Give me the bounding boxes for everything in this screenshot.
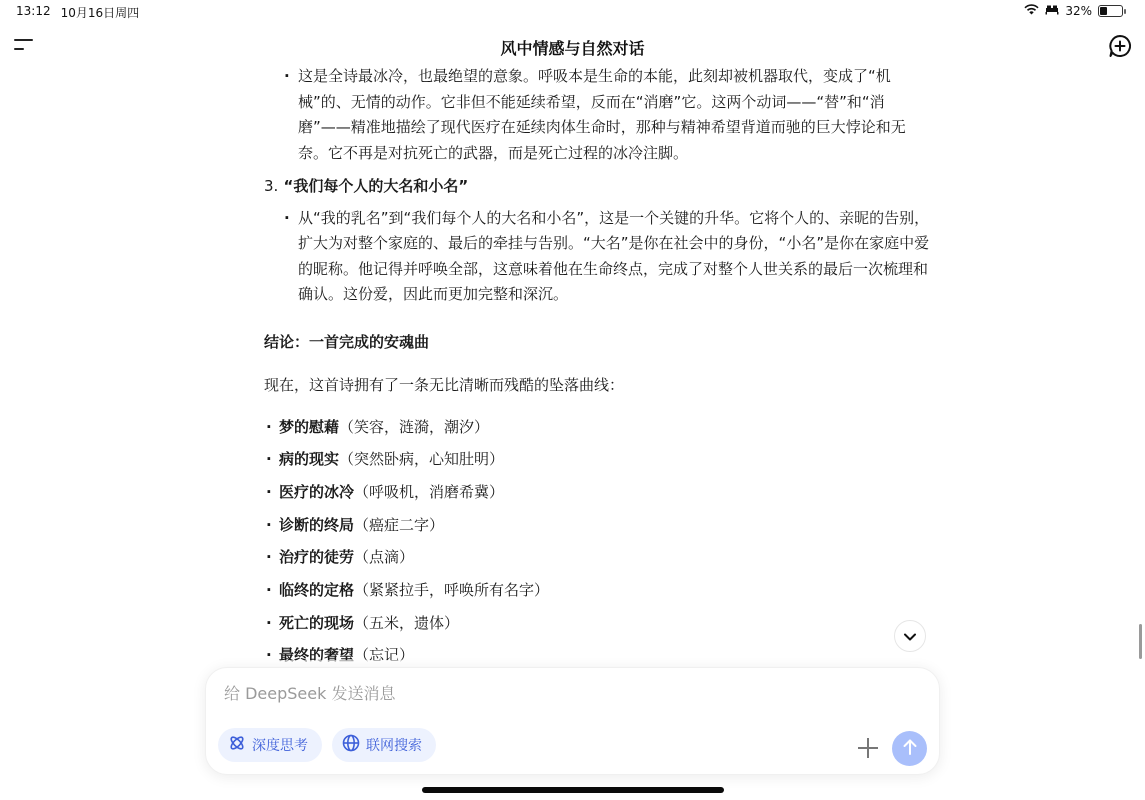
new-chat-button[interactable] <box>1107 33 1133 59</box>
assistant-message: 这是全诗最冰冷，也最绝望的意象。呼吸本是生命的本能，此刻却被机器取代，变成了“机… <box>264 64 934 676</box>
bed-icon <box>1045 4 1059 18</box>
web-search-label: 联网搜索 <box>366 735 422 755</box>
section-heading-3: 3. “我们每个人的大名和小名” <box>264 174 934 200</box>
wifi-icon <box>1024 4 1039 18</box>
list-item: 梦的慰藉（笑容，涟漪，潮汐） <box>264 415 934 448</box>
paragraph-breathing: 这是全诗最冰冷，也最绝望的意象。呼吸本是生命的本能，此刻却被机器取代，变成了“机… <box>264 64 934 166</box>
status-time: 13:12 <box>16 4 51 21</box>
message-composer: 深度思考 联网搜索 <box>205 667 940 775</box>
deep-think-label: 深度思考 <box>252 735 308 755</box>
deep-think-toggle[interactable]: 深度思考 <box>218 728 322 762</box>
section-number: 3. <box>264 177 278 195</box>
plus-icon <box>856 745 880 764</box>
conclusion-heading: 结论：一首完成的安魂曲 <box>264 330 934 356</box>
scrollbar[interactable] <box>1139 624 1142 659</box>
home-indicator[interactable] <box>422 787 724 793</box>
status-date: 10月16日周四 <box>61 4 140 21</box>
new-chat-plus-icon <box>1107 44 1133 63</box>
atom-icon <box>228 734 246 756</box>
list-item: 临终的定格（紧紧拉手，呼唤所有名字） <box>264 578 934 611</box>
header: 风中情感与自然对话 <box>0 28 1145 64</box>
curve-list: 梦的慰藉（笑容，涟漪，潮汐） 病的现实（突然卧病，心知肚明） 医疗的冰冷（呼吸机… <box>264 415 934 677</box>
list-item: 治疗的徒劳（点滴） <box>264 545 934 578</box>
scroll-to-bottom-button[interactable] <box>894 620 926 652</box>
section-title: “我们每个人的大名和小名” <box>284 177 469 195</box>
list-item: 病的现实（突然卧病，心知肚明） <box>264 447 934 480</box>
web-search-toggle[interactable]: 联网搜索 <box>332 728 436 762</box>
battery-icon <box>1098 5 1123 17</box>
arrow-up-icon <box>902 738 918 760</box>
message-input[interactable] <box>224 684 824 703</box>
globe-icon <box>342 734 360 756</box>
chevron-down-icon <box>903 627 917 646</box>
list-item: 死亡的现场（五米，遗体） <box>264 611 934 644</box>
status-bar: 13:12 10月16日周四 32% <box>0 0 1145 24</box>
chat-title: 风中情感与自然对话 <box>0 36 1145 59</box>
list-item: 诊断的终局（癌症二字） <box>264 513 934 546</box>
attach-button[interactable] <box>856 736 880 760</box>
list-item: 医疗的冰冷（呼吸机，消磨希冀） <box>264 480 934 513</box>
paragraph-names: 从“我的乳名”到“我们每个人的大名和小名”，这是一个关键的升华。它将个人的、亲昵… <box>264 206 934 308</box>
intro-text: 现在，这首诗拥有了一条无比清晰而残酷的坠落曲线： <box>264 373 934 399</box>
send-button[interactable] <box>892 731 927 766</box>
battery-percent: 32% <box>1065 4 1092 18</box>
